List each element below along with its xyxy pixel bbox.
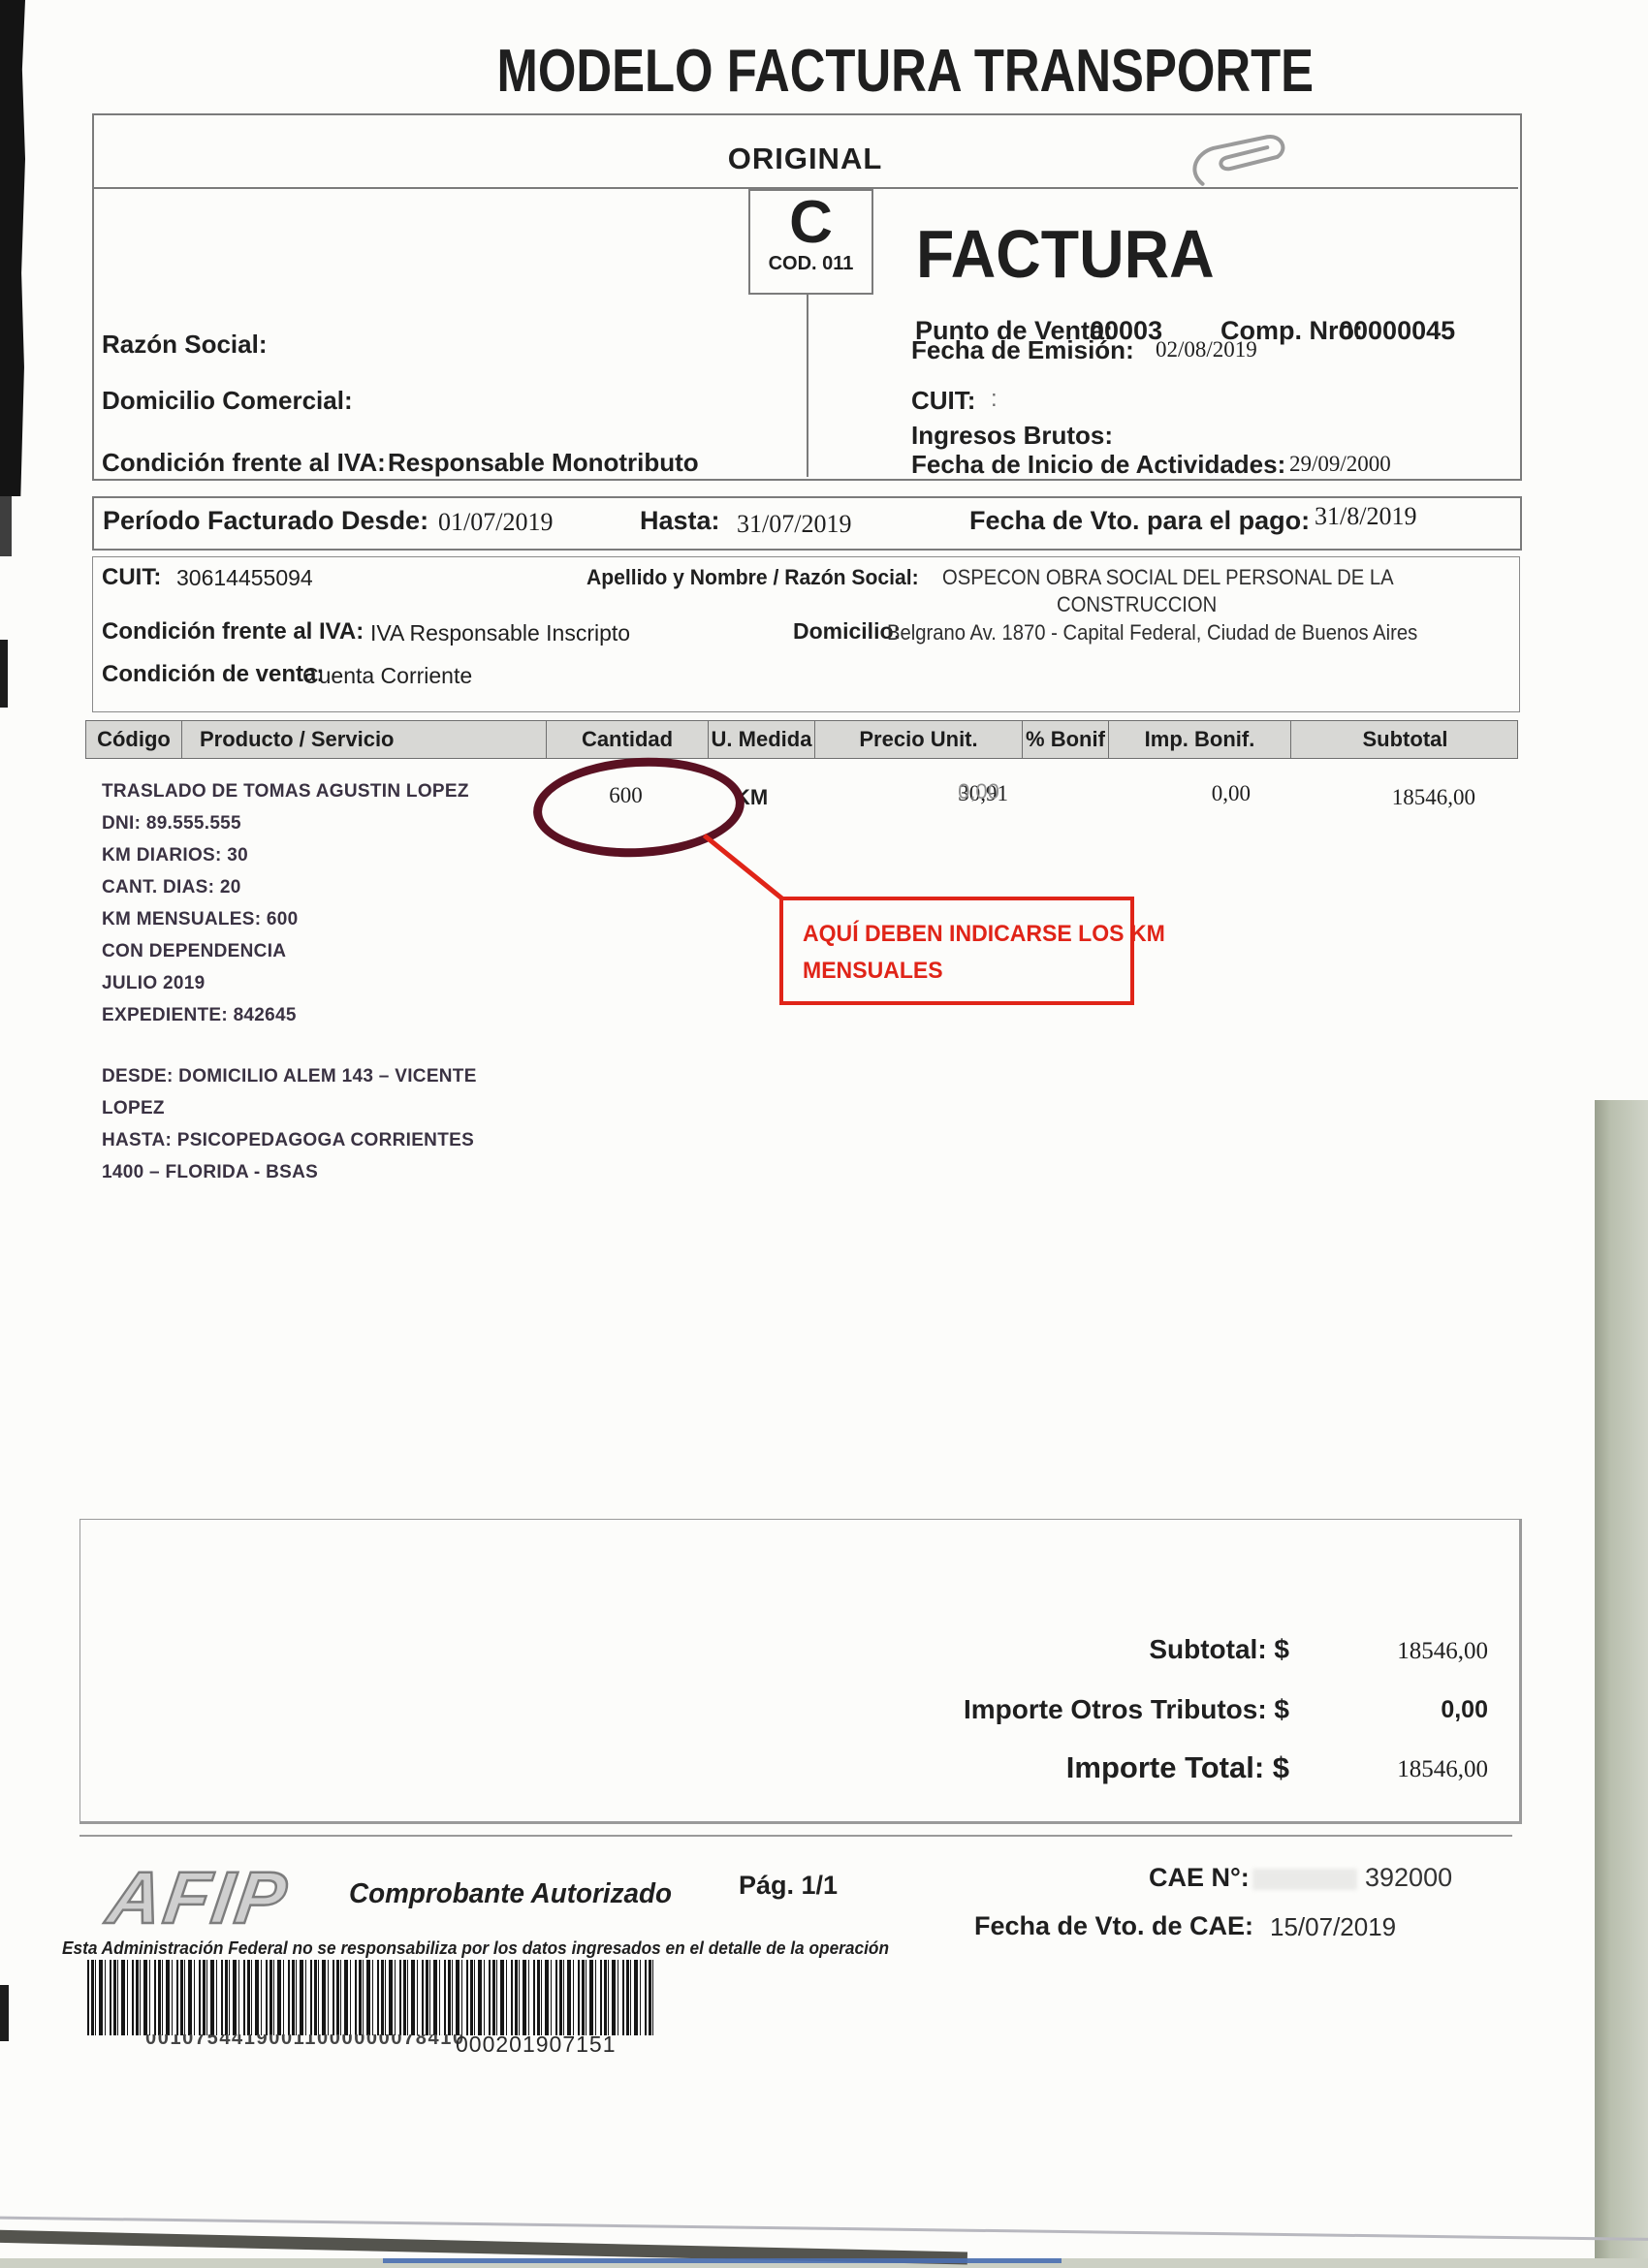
- subtotal-value: 18546,00: [1397, 1638, 1488, 1665]
- emision-value: 02/08/2019: [1156, 337, 1257, 362]
- totals-box: [79, 1519, 1522, 1824]
- cae-vto-label: Fecha de Vto. de CAE:: [974, 1911, 1253, 1941]
- condicion-venta-value: Cuenta Corriente: [302, 663, 472, 689]
- condicion-iva-value: Responsable Monotributo: [388, 448, 699, 478]
- condicion-venta-label: Condición de venta:: [102, 661, 324, 688]
- table-header: Código Producto / Servicio Cantidad U. M…: [85, 720, 1518, 759]
- annotation-text-line2: MENSUALES: [803, 953, 943, 990]
- cae-erased-digits: [1252, 1869, 1357, 1890]
- periodo-hasta-label: Hasta:: [640, 506, 720, 536]
- scan-blue-artifact: [383, 2258, 1062, 2263]
- customer-cuit-value: 30614455094: [176, 565, 313, 591]
- footer-divider: [79, 1835, 1512, 1837]
- scan-page-edge: [1595, 1100, 1648, 2268]
- desc-line: 1400 – FLORIDA - BSAS: [102, 1162, 318, 1183]
- desc-line: CON DEPENDENCIA: [102, 941, 286, 962]
- afip-disclaimer: Esta Administración Federal no se respon…: [62, 1938, 924, 1959]
- col-producto: Producto / Servicio: [181, 721, 546, 758]
- comp-nro-value: 00000045: [1339, 316, 1455, 346]
- customer-domicilio-value: Belgrano Av. 1870 - Capital Federal, Ciu…: [887, 620, 1464, 646]
- desc-line: DESDE: DOMICILIO ALEM 143 – VICENTE: [102, 1066, 477, 1087]
- annotation-note: AQUÍ DEBEN INDICARSE LOS KM MENSUALES: [779, 897, 1134, 1005]
- customer-cuit-label: CUIT:: [102, 564, 161, 591]
- col-bonif: % Bonif: [1022, 721, 1108, 758]
- col-umedida: U. Medida: [708, 721, 814, 758]
- customer-iva-label: Condición frente al IVA:: [102, 618, 364, 646]
- column-divider: [807, 291, 808, 477]
- scan-mark: [0, 496, 12, 556]
- col-cantidad: Cantidad: [546, 721, 708, 758]
- customer-name-line2: CONSTRUCCION: [1057, 592, 1231, 617]
- inicio-label: Fecha de Inicio de Actividades:: [911, 450, 1285, 480]
- cuit-erased-artifact: :: [991, 386, 998, 413]
- cae-label: CAE N°:: [1149, 1863, 1250, 1893]
- inicio-value: 29/09/2000: [1289, 452, 1391, 477]
- barcode-digits-clipped: 0010754419001100000007841000: [145, 2034, 465, 2049]
- importe-total-value: 18546,00: [1397, 1756, 1488, 1783]
- page-title: MODELO FACTURA TRANSPORTE: [407, 37, 1299, 106]
- customer-name-label: Apellido y Nombre / Razón Social:: [586, 565, 933, 590]
- emision-label: Fecha de Emisión:: [911, 335, 1134, 365]
- col-precio: Precio Unit.: [814, 721, 1022, 758]
- otros-tributos-label: Importe Otros Tributos: $: [964, 1694, 1289, 1725]
- customer-domicilio-label: Domicilio:: [793, 618, 901, 645]
- desc-line: HASTA: PSICOPEDAGOGA CORRIENTES: [102, 1130, 474, 1151]
- desc-line: DNI: 89.555.555: [102, 813, 241, 835]
- otros-tributos-value: 0,00: [1441, 1696, 1488, 1724]
- desc-line: KM MENSUALES: 600: [102, 909, 299, 930]
- periodo-desde-value: 01/07/2019: [438, 508, 553, 537]
- scan-mark: [0, 1985, 9, 2041]
- desc-line: TRASLADO DE TOMAS AGUSTIN LOPEZ: [102, 781, 469, 803]
- col-impbonif: Imp. Bonif.: [1108, 721, 1290, 758]
- col-subtotal: Subtotal: [1290, 721, 1519, 758]
- desc-line: EXPEDIENTE: 842645: [102, 1005, 297, 1026]
- cae-vto-value: 15/07/2019: [1270, 1912, 1396, 1942]
- barcode: [87, 1960, 654, 2035]
- page-title-text: MODELO FACTURA TRANSPORTE: [496, 37, 1314, 106]
- desc-line: CANT. DIAS: 20: [102, 877, 241, 898]
- annotation-callout-line: [703, 834, 784, 900]
- row-bonif-pct: 0,00: [935, 779, 1022, 804]
- row-subtotal: 18546,00: [1392, 785, 1475, 810]
- razon-social-label: Razón Social:: [102, 330, 267, 360]
- barcode-digits: 000201907151: [456, 2032, 617, 2058]
- subtotal-label: Subtotal: $: [1149, 1634, 1289, 1665]
- annotation-text-line1: AQUÍ DEBEN INDICARSE LOS KM: [803, 916, 1165, 953]
- periodo-hasta-value: 31/07/2019: [737, 510, 851, 539]
- comprobante-autorizado-label: Comprobante Autorizado: [349, 1878, 685, 1910]
- ingresos-label: Ingresos Brutos:: [911, 421, 1113, 451]
- vto-pago-label: Fecha de Vto. para el pago:: [969, 506, 1310, 536]
- letter-box: C COD. 011: [748, 189, 873, 295]
- cuit-label: CUIT:: [911, 386, 975, 416]
- cae-value: 392000: [1365, 1863, 1452, 1893]
- scan-mark: [0, 640, 8, 708]
- customer-iva-value: IVA Responsable Inscripto: [370, 620, 630, 646]
- col-codigo: Código: [86, 721, 181, 758]
- row-imp-bonif: 0,00: [1212, 781, 1251, 806]
- desc-line: JULIO 2019: [102, 973, 206, 994]
- page-number: Pág. 1/1: [739, 1871, 838, 1901]
- invoice-scan: MODELO FACTURA TRANSPORTE ORIGINAL C COD…: [0, 0, 1648, 2268]
- importe-total-label: Importe Total: $: [1066, 1750, 1289, 1785]
- invoice-letter: C: [750, 193, 872, 253]
- domicilio-comercial-label: Domicilio Comercial:: [102, 386, 353, 416]
- invoice-letter-code: COD. 011: [750, 253, 872, 275]
- condicion-iva-label: Condición frente al IVA:: [102, 448, 386, 478]
- vto-pago-value: 31/8/2019: [1315, 502, 1416, 531]
- customer-name-line1: OSPECON OBRA SOCIAL DEL PERSONAL DE LA: [942, 565, 1433, 590]
- afip-logo: AFIP: [109, 1853, 332, 1942]
- desc-line: LOPEZ: [102, 1098, 165, 1119]
- scan-edge-artifact: [0, 0, 25, 496]
- desc-line: KM DIARIOS: 30: [102, 845, 248, 866]
- periodo-desde-label: Período Facturado Desde:: [103, 506, 428, 536]
- doc-type: FACTURA: [916, 215, 1240, 293]
